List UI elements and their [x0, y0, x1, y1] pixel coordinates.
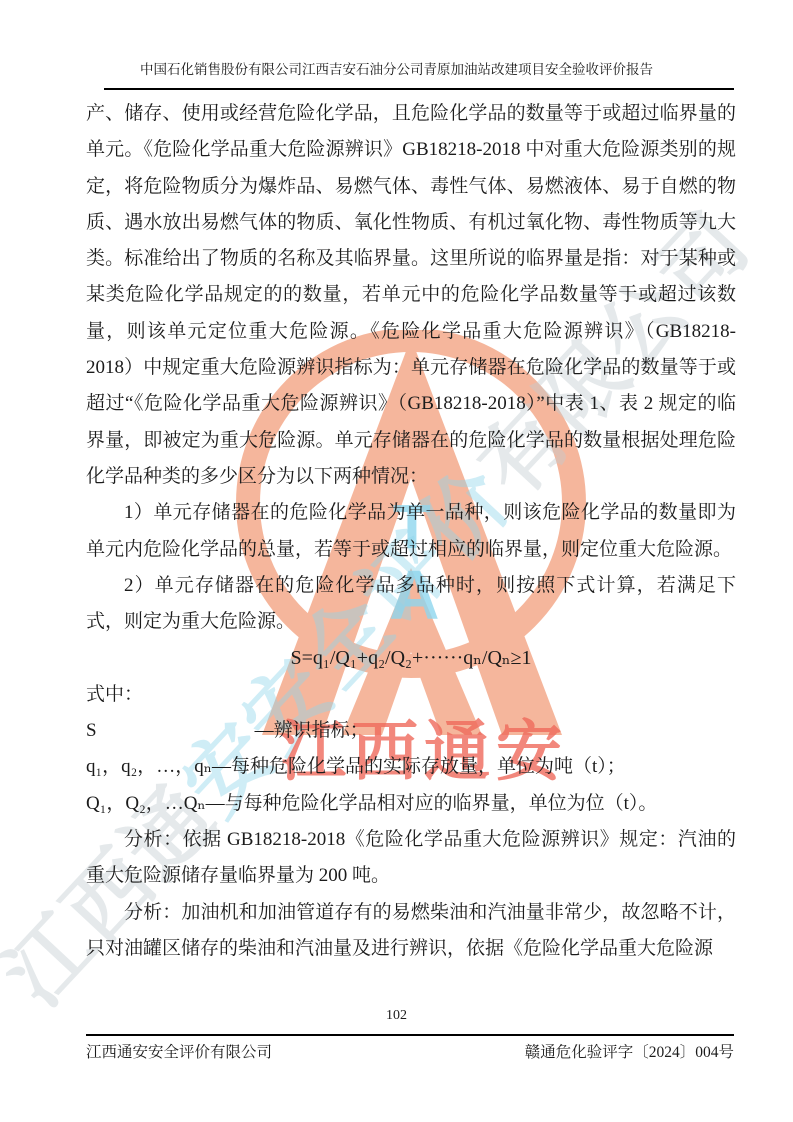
paragraph-q-definition: q₁，q₂，…，qₙ—每种危险化学品的实际存放量，单位为吨（t）；	[86, 749, 736, 785]
footer-rule	[86, 1034, 734, 1036]
paragraph-analysis-2: 分析：加油机和加油管道存有的易燃柴油和汽油量非常少，故忽略不计，只对油罐区储存的…	[86, 895, 736, 968]
header-title: 中国石化销售股份有限公司江西吉安石油分公司青原加油站改建项目安全验收评价报告	[0, 58, 793, 78]
s-symbol: S	[86, 720, 97, 741]
paragraph-case2: 2）单元存储器在的危险化学品多品种时，则按照下式计算，若满足下式，则定为重大危险…	[86, 568, 736, 641]
document-body: 产、储存、使用或经营危险化学品，且危险化学品的数量等于或超过临界量的单元。《危险…	[86, 96, 736, 967]
footer-doc-number: 赣通危化验评字〔2024〕004号	[525, 1040, 734, 1062]
s-definition-text: —辨识指标；	[255, 720, 369, 741]
paragraph-intro: 产、储存、使用或经营危险化学品，且危险化学品的数量等于或超过临界量的单元。《危险…	[86, 96, 736, 495]
paragraph-analysis-1: 分析：依据 GB18218-2018《危险化学品重大危险源辨识》规定：汽油的重大…	[86, 822, 736, 895]
paragraph-s-definition: S—辨识指标；	[86, 713, 736, 749]
paragraph-where-label: 式中：	[86, 677, 736, 713]
report-page: T A 江西通安安全评价有限公司 江西通安 中国石化销售股份有限公司江西吉安石油…	[0, 0, 793, 1122]
footer-company: 江西通安安全评价有限公司	[86, 1040, 272, 1062]
header-rule	[104, 88, 734, 90]
page-number: 102	[0, 1008, 793, 1024]
formula-line: S=q₁/Q₁+q₂/Q₂+······qₙ/Qₙ≥1	[86, 640, 736, 676]
paragraph-case1: 1）单元存储器在的危险化学品为单一品种，则该危险化学品的数量即为单元内危险化学品…	[86, 495, 736, 568]
footer-row: 江西通安安全评价有限公司 赣通危化验评字〔2024〕004号	[86, 1040, 734, 1062]
paragraph-Q-definition: Q₁，Q₂，…Qₙ—与每种危险化学品相对应的临界量，单位为位（t）。	[86, 786, 736, 822]
